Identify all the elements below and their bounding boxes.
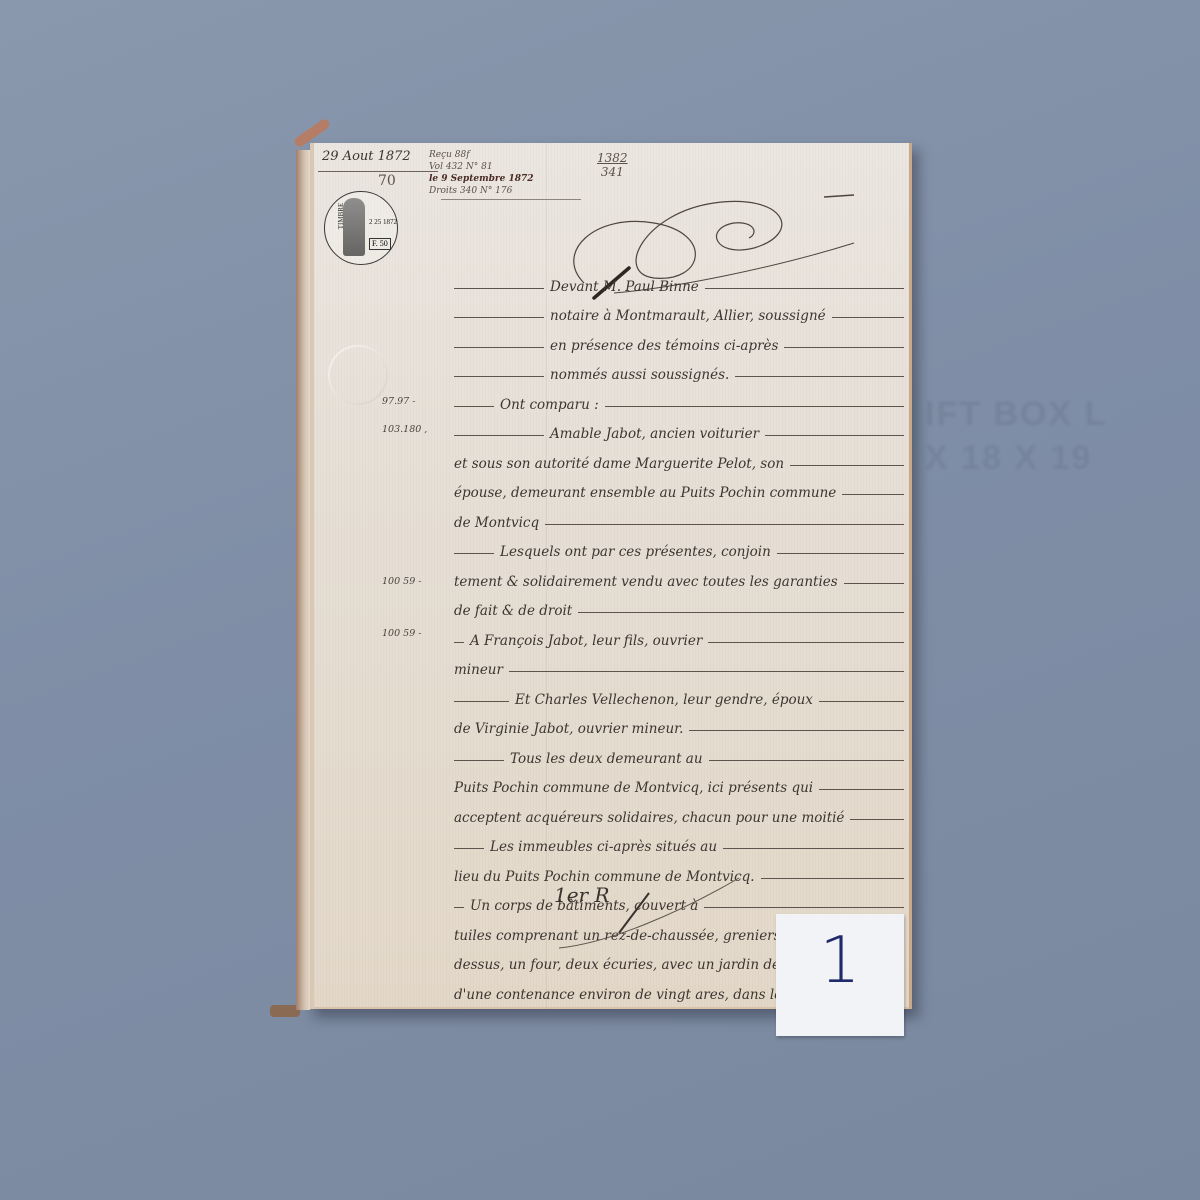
ruled-line — [454, 435, 544, 436]
deed-line: en présence des témoins ci-après — [454, 326, 904, 356]
deed-line: nommés aussi soussignés. — [454, 356, 904, 386]
registration-line: Vol 432 N° 81 — [429, 161, 534, 173]
deed-line: notaire à Montmarault, Allier, soussigné — [454, 297, 904, 327]
ruled-line — [705, 288, 904, 289]
deed-line: de Virginie Jabot, ouvrier mineur. — [454, 710, 904, 740]
deed-line: Les immeubles ci-après situés au — [454, 828, 904, 858]
lot-number: 1 — [776, 924, 904, 998]
deed-line-text: épouse, demeurant ensemble au Puits Poch… — [454, 485, 836, 501]
deed-line: Lesquels ont par ces présentes, conjoin — [454, 533, 904, 563]
deed-line-text: acceptent acquéreurs solidaires, chacun … — [454, 810, 844, 826]
ruled-line — [605, 406, 904, 407]
folio-number: 70 — [378, 173, 396, 189]
deed-line-text: d'une contenance environ de vingt ares, … — [454, 987, 812, 1003]
ruled-line — [708, 642, 904, 643]
ruled-line — [844, 583, 904, 584]
deed-line: Puits Pochin commune de Montvicq, ici pr… — [454, 769, 904, 799]
deed-line: de fait & de droit — [454, 592, 904, 622]
deed-line-text: et sous son autorité dame Marguerite Pel… — [454, 456, 784, 472]
ruled-line — [454, 288, 544, 289]
ruled-line — [842, 494, 904, 495]
registration-note: Reçu 88f Vol 432 N° 81 le 9 Septembre 18… — [429, 149, 534, 197]
deed-line-text: Et Charles Vellechenon, leur gendre, épo… — [515, 692, 813, 708]
ruled-line — [723, 848, 904, 849]
ruled-line — [819, 789, 904, 790]
ruled-line — [454, 760, 504, 761]
ruled-line — [545, 524, 904, 525]
ruled-line — [454, 347, 544, 348]
margin-note: 100 59 - — [382, 628, 421, 639]
deed-line-text: de Virginie Jabot, ouvrier mineur. — [454, 721, 683, 737]
tax-stamp-icon: TIMBRE 2 25 1872 F. 50 — [324, 191, 398, 265]
deed-line-text: Amable Jabot, ancien voiturier — [550, 426, 759, 442]
ruled-line — [784, 347, 904, 348]
ruled-line — [709, 760, 904, 761]
deed-line: mineur — [454, 651, 904, 681]
ruled-line — [735, 376, 904, 377]
ruled-line — [850, 819, 904, 820]
ruled-line — [454, 553, 494, 554]
ruled-line — [819, 701, 904, 702]
ruled-line — [454, 701, 509, 702]
ruled-line — [454, 376, 544, 377]
ruled-line — [509, 671, 904, 672]
ruled-line — [578, 612, 904, 613]
deed-line-text: Lesquels ont par ces présentes, conjoin — [500, 544, 771, 560]
ruled-line — [454, 642, 464, 643]
deed-line-text: en présence des témoins ci-après — [550, 338, 778, 354]
ruled-line — [454, 907, 464, 908]
deed-line: Devant M. Paul Binne — [454, 267, 904, 297]
background-print-line: IFT BOX L — [925, 392, 1200, 436]
deed-line: tement & solidairement vendu avec toutes… — [454, 562, 904, 592]
deed-line-text: Ont comparu : — [500, 397, 599, 413]
deed-line: Et Charles Vellechenon, leur gendre, épo… — [454, 680, 904, 710]
repertoire-number-top: 1382 — [597, 151, 628, 165]
ruled-line — [765, 435, 904, 436]
deed-line-text: Tous les deux demeurant au — [510, 751, 703, 767]
registration-line: Droits 340 N° 176 — [429, 185, 534, 197]
deed-line-text: de Montvicq — [454, 515, 539, 531]
ruled-line — [454, 848, 484, 849]
deed-line-text: Les immeubles ci-après situés au — [490, 839, 717, 855]
margin-note: 100 59 - — [382, 576, 421, 587]
deed-line-text: mineur — [454, 662, 503, 678]
ruled-line — [454, 406, 494, 407]
deed-line: épouse, demeurant ensemble au Puits Poch… — [454, 474, 904, 504]
deed-line: de Montvicq — [454, 503, 904, 533]
deed-line-text: nommés aussi soussignés. — [550, 367, 729, 383]
deed-line: Tous les deux demeurant au — [454, 739, 904, 769]
header-rule — [318, 171, 438, 172]
signature-flourish-icon — [549, 873, 749, 963]
ruled-line — [832, 317, 904, 318]
justice-figure-icon — [343, 198, 365, 256]
background-print-line: X 18 X 19 — [925, 436, 1200, 480]
stamp-value: 2 25 1872 — [369, 218, 397, 226]
ruled-line — [790, 465, 904, 466]
embossed-seal-icon — [328, 345, 388, 405]
deed-line: Amable Jabot, ancien voiturier — [454, 415, 904, 445]
deed-date: 29 Aout 1872 — [322, 149, 411, 164]
deed-line-text: Devant M. Paul Binne — [550, 279, 699, 295]
deed-line-text: notaire à Montmarault, Allier, soussigné — [550, 308, 826, 324]
document-spine — [296, 150, 310, 1010]
deed-line: Ont comparu : — [454, 385, 904, 415]
deed-line-text: Puits Pochin commune de Montvicq, ici pr… — [454, 780, 813, 796]
deed-line-text: de fait & de droit — [454, 603, 572, 619]
notarial-deed-page: 29 Aout 1872 70 Reçu 88f Vol 432 N° 81 l… — [310, 143, 912, 1009]
ruled-line — [689, 730, 904, 731]
lot-number-tag: 1 — [776, 914, 904, 1036]
deed-line: et sous son autorité dame Marguerite Pel… — [454, 444, 904, 474]
stamp-price: F. 50 — [369, 238, 391, 250]
ruled-line — [777, 553, 904, 554]
ruled-line — [761, 878, 904, 879]
deed-line: A François Jabot, leur fils, ouvrier — [454, 621, 904, 651]
margin-note: 97.97 - — [382, 396, 415, 407]
registration-line: Reçu 88f — [429, 149, 534, 161]
ruled-line — [454, 317, 544, 318]
margin-note: 103.180 , — [382, 424, 427, 435]
deed-line-text: tement & solidairement vendu avec toutes… — [454, 574, 838, 590]
background-box-print: IFT BOX L X 18 X 19 — [925, 392, 1200, 480]
deed-line: acceptent acquéreurs solidaires, chacun … — [454, 798, 904, 828]
deed-line-text: A François Jabot, leur fils, ouvrier — [470, 633, 702, 649]
registration-line: le 9 Septembre 1872 — [429, 173, 534, 185]
